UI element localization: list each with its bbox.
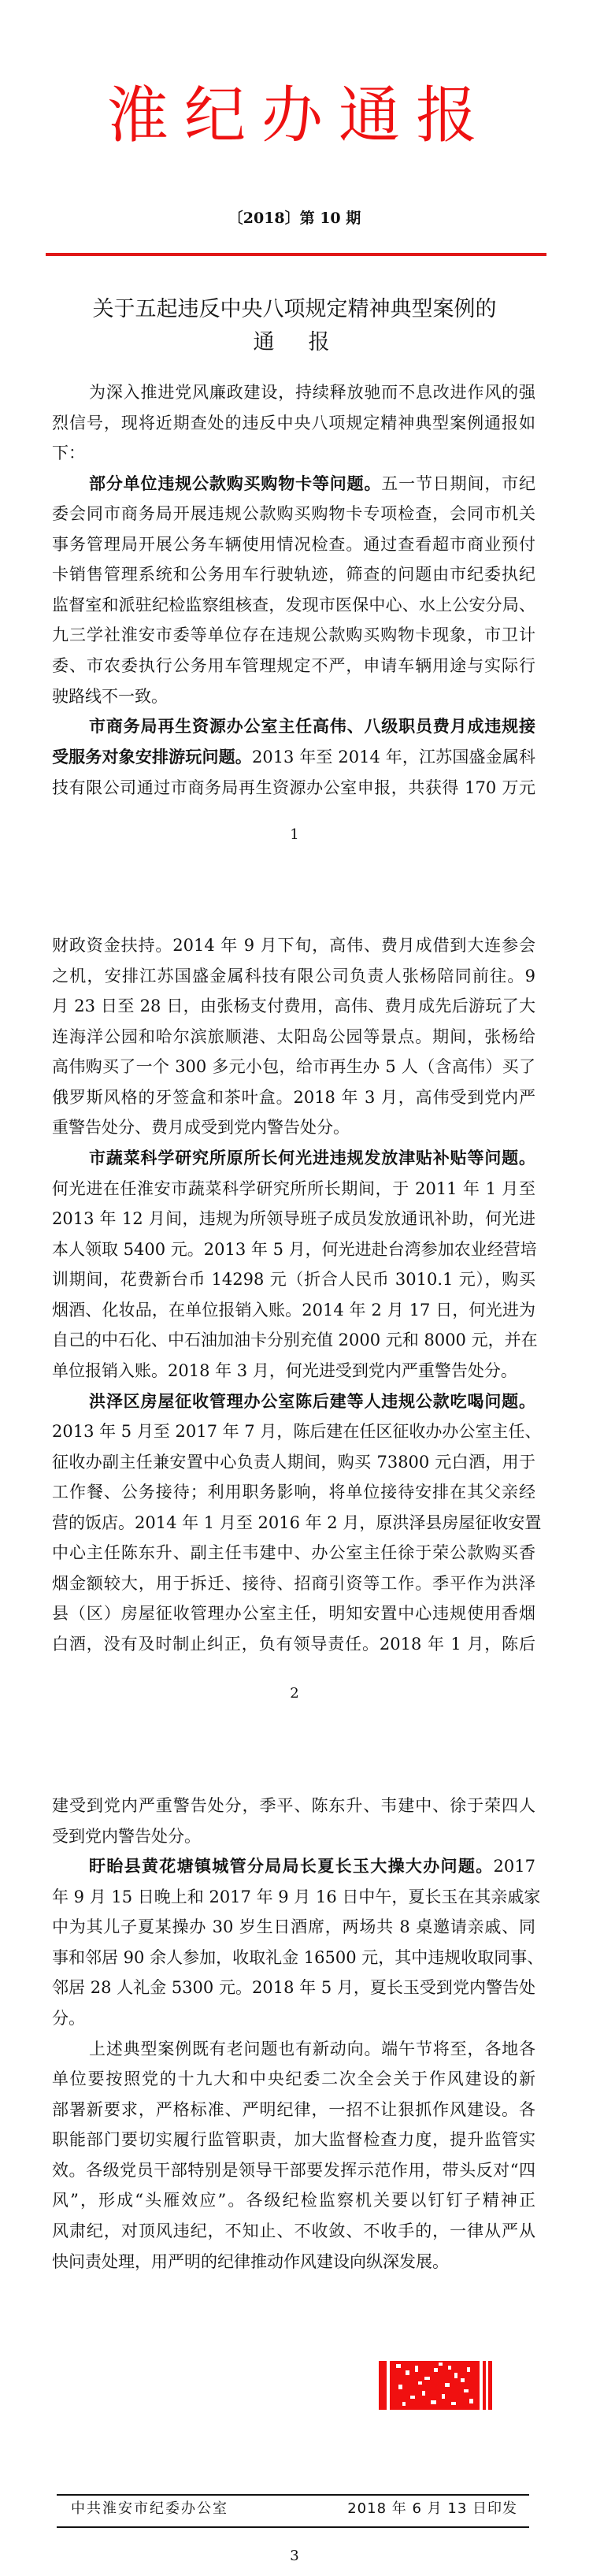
conclusion-line: 职能部门要切实履行监管职责，加大监督检查力度，提升监管实 <box>52 2128 535 2151</box>
case5-text: 2017 <box>494 1857 535 1876</box>
case1-text: 五一节日期间，市纪 <box>381 474 535 493</box>
case5-heading: 盱眙县黄花塘镇城管分局局长夏长玉大操大办问题。 <box>89 1857 494 1876</box>
case3-line: 烟酒、化妆品，在单位报销入账。2014 年 2 月 17 日，何光进为 <box>52 1298 535 1322</box>
case4-line: 县（区）房屋征收管理办公室主任，明知安置中心违规使用香烟 <box>52 1602 535 1625</box>
case5-line: 邻居 28 人礼金 5300 元。2018 年 5 月，夏长玉受到党内警告处 <box>52 1976 535 1999</box>
case2-line: 月 23 日至 28 日，由张杨支付费用，高伟、费月成先后游玩了大 <box>52 994 535 1018</box>
conclusion-line: 风肃纪，对顶风违纪，不知止、不收敛、不收手的，一律从严从 <box>52 2219 535 2243</box>
red-divider <box>46 253 546 256</box>
case2-first-line: 受服务对象安排游玩问题。2013 年至 2014 年，江苏国盛金属科 <box>52 745 535 769</box>
case4-line: 白酒，没有及时制止纠正，负有领导责任。2018 年 1 月，陈后 <box>52 1632 535 1656</box>
case2-text: 2013 年至 2014 年，江苏国盛金属科 <box>252 748 535 766</box>
case4-line: 烟金额较大，用于拆迁、接待、招商引资等工作。季平作为洪泽 <box>52 1572 535 1595</box>
case4-line: 建受到党内严重警告处分，季平、陈东升、韦建中、徐于荣四人 <box>52 1794 535 1817</box>
case2-line: 之机，安排江苏国盛金属科技有限公司负责人张杨陪同前往。9 <box>52 964 535 988</box>
footer-issuer: 中共淮安市纪委办公室 <box>71 2499 228 2519</box>
case5-line: 年 9 月 15 日晚上和 2017 年 9 月 16 日中午，夏长玉在其亲戚家 <box>52 1885 535 1909</box>
case5-first-line: 盱眙县黄花塘镇城管分局局长夏长玉大操大办问题。2017 <box>89 1854 535 1878</box>
intro-line: 烈信号，现将近期查处的违反中央八项规定精神典型案例通报如 <box>52 411 535 435</box>
case3-line: 训期间，花费新台币 14298 元（折合人民币 3010.1 元），购买 <box>52 1268 535 1291</box>
case4-line: 征收办副主任兼安置中心负责人期间，购买 73800 元白酒，用于 <box>52 1450 535 1474</box>
case2-line: 重警告处分、费月成受到党内警告处分。 <box>52 1115 535 1139</box>
conclusion-line: 风”，形成“头雁效应”。各级纪检监察机关要以钉钉子精神正 <box>52 2188 535 2212</box>
document-title-line2: 通 报 <box>47 329 542 356</box>
case1-line: 事务管理局开展公务车辆使用情况检查。通过查看超市商业预付 <box>52 533 535 556</box>
case2-line: 财政资金扶持。2014 年 9 月下旬，高伟、费月成借到大连参会 <box>52 934 535 957</box>
case1-first-line: 部分单位违规公款购买购物卡等问题。五一节日期间，市纪 <box>89 472 535 496</box>
case3-heading-text: 市蔬菜科学研究所原所长何光进违规发放津贴补贴等问题。 <box>89 1149 535 1167</box>
intro-line: 为深入推进党风廉政建设，持续释放驰而不息改进作风的强 <box>89 380 535 404</box>
case2-line: 俄罗斯风格的牙签盒和茶叶盒。2018 年 3 月，高伟受到党内严 <box>52 1086 535 1109</box>
case3-heading: 市蔬菜科学研究所原所长何光进违规发放津贴补贴等问题。 <box>89 1146 535 1170</box>
case1-line: 委会同市商务局开展违规公款购买购物卡专项检查，会同市机关 <box>52 502 535 525</box>
masthead-title: 淮纪办通报 <box>0 79 589 154</box>
case4-heading-text: 洪泽区房屋征收管理办公室陈后建等人违规公款吃喝问题。 <box>89 1392 535 1411</box>
case4-line: 营的饭店。2014 年 1 月至 2016 年 2 月，原洪泽县房屋征收安置 <box>52 1511 535 1535</box>
barcode-icon <box>379 2361 492 2410</box>
page-number: 1 <box>0 826 589 844</box>
case4-line: 工作餐、公务接待；利用职务影响，将单位接待安排在其父亲经 <box>52 1480 535 1504</box>
case2-line: 技有限公司通过市商务局再生资源办公室申报，共获得 170 万元 <box>52 776 535 800</box>
case1-heading: 部分单位违规公款购买购物卡等问题。 <box>89 474 381 493</box>
case1-line: 委、市农委执行公务用车管理规定不严，申请车辆用途与实际行 <box>52 654 535 677</box>
case4-line: 2013 年 5 月至 2017 年 7 月，陈后建在任区征收办办公室主任、 <box>52 1420 535 1443</box>
case3-line: 何光进在任淮安市蔬菜科学研究所所长期间，于 2011 年 1 月至 <box>52 1177 535 1201</box>
case1-line: 驶路线不一致。 <box>52 685 535 708</box>
case3-line: 2013 年 12 月间，违规为所领导班子成员发放通讯补助，何光进 <box>52 1207 535 1230</box>
footer-top-rule <box>57 2494 529 2496</box>
case4-line: 中心主任陈东升、副主任韦建中、办公室主任徐于荣公款购买香 <box>52 1541 535 1565</box>
case3-line: 单位报销入账。2018 年 3 月，何光进受到党内严重警告处分。 <box>52 1359 535 1383</box>
case2-heading-cont: 受服务对象安排游玩问题。 <box>52 748 252 766</box>
case4-line: 受到党内警告处分。 <box>52 1824 535 1848</box>
case3-line: 本人领取 5400 元。2013 年 5 月，何光进赴台湾参加农业经营培 <box>52 1238 535 1261</box>
case5-line: 中为其儿子夏某操办 30 岁生日酒席，两场共 8 桌邀请亲戚、同 <box>52 1915 535 1939</box>
case2-line: 高伟购买了一个 300 多元小包，给市再生办 5 人（含高伟）买了 <box>52 1055 535 1078</box>
conclusion-line: 单位要按照党的十九大和中央纪委二次全会关于作风建设的新 <box>52 2067 535 2091</box>
intro-line: 下： <box>52 441 535 465</box>
conclusion-line: 部署新要求，严格标准、严明纪律，一招不让狠抓作风建设。各 <box>52 2098 535 2121</box>
case4-heading: 洪泽区房屋征收管理办公室陈后建等人违规公款吃喝问题。 <box>89 1390 535 1413</box>
case5-line: 分。 <box>52 2006 535 2030</box>
case1-line: 监督室和派驻纪检监察组核查，发现市医保中心、水上公安分局、 <box>52 593 535 617</box>
conclusion-line: 效。各级党员干部特别是领导干部要发挥示范作用，带头反对“四 <box>52 2158 535 2182</box>
case5-line: 事和邻居 90 余人参加，收取礼金 16500 元，其中违规收取同事、 <box>52 1946 535 1969</box>
case3-line: 自己的中石化、中石油加油卡分别充值 2000 元和 8000 元，并在 <box>52 1328 535 1352</box>
conclusion-line: 快问责处理，用严明的纪律推动作风建设向纵深发展。 <box>52 2250 535 2273</box>
conclusion-line: 上述典型案例既有老问题也有新动向。端午节将至，各地各 <box>89 2037 535 2061</box>
document-title-line1: 关于五起违反中央八项规定精神典型案例的 <box>47 296 542 323</box>
page-number: 2 <box>0 1685 589 1702</box>
case2-heading: 市商务局再生资源办公室主任高伟、八级职员费月成违规接 <box>89 715 535 738</box>
footer-bottom-rule <box>57 2526 529 2528</box>
footer-date: 2018 年 6 月 13 日印发 <box>347 2499 517 2519</box>
case2-line: 连海洋公园和哈尔滨旅顺港、太阳岛公园等景点。期间，张杨给 <box>52 1025 535 1049</box>
page-number: 3 <box>0 2548 589 2565</box>
case1-line: 卡销售管理系统和公务用车行驶轨迹，筛查的问题由市纪委执纪 <box>52 562 535 586</box>
case1-line: 九三学社淮安市委等单位存在违规公款购买购物卡现象，市卫计 <box>52 623 535 647</box>
issue-number: 〔2018〕第 10 期 <box>0 208 589 228</box>
